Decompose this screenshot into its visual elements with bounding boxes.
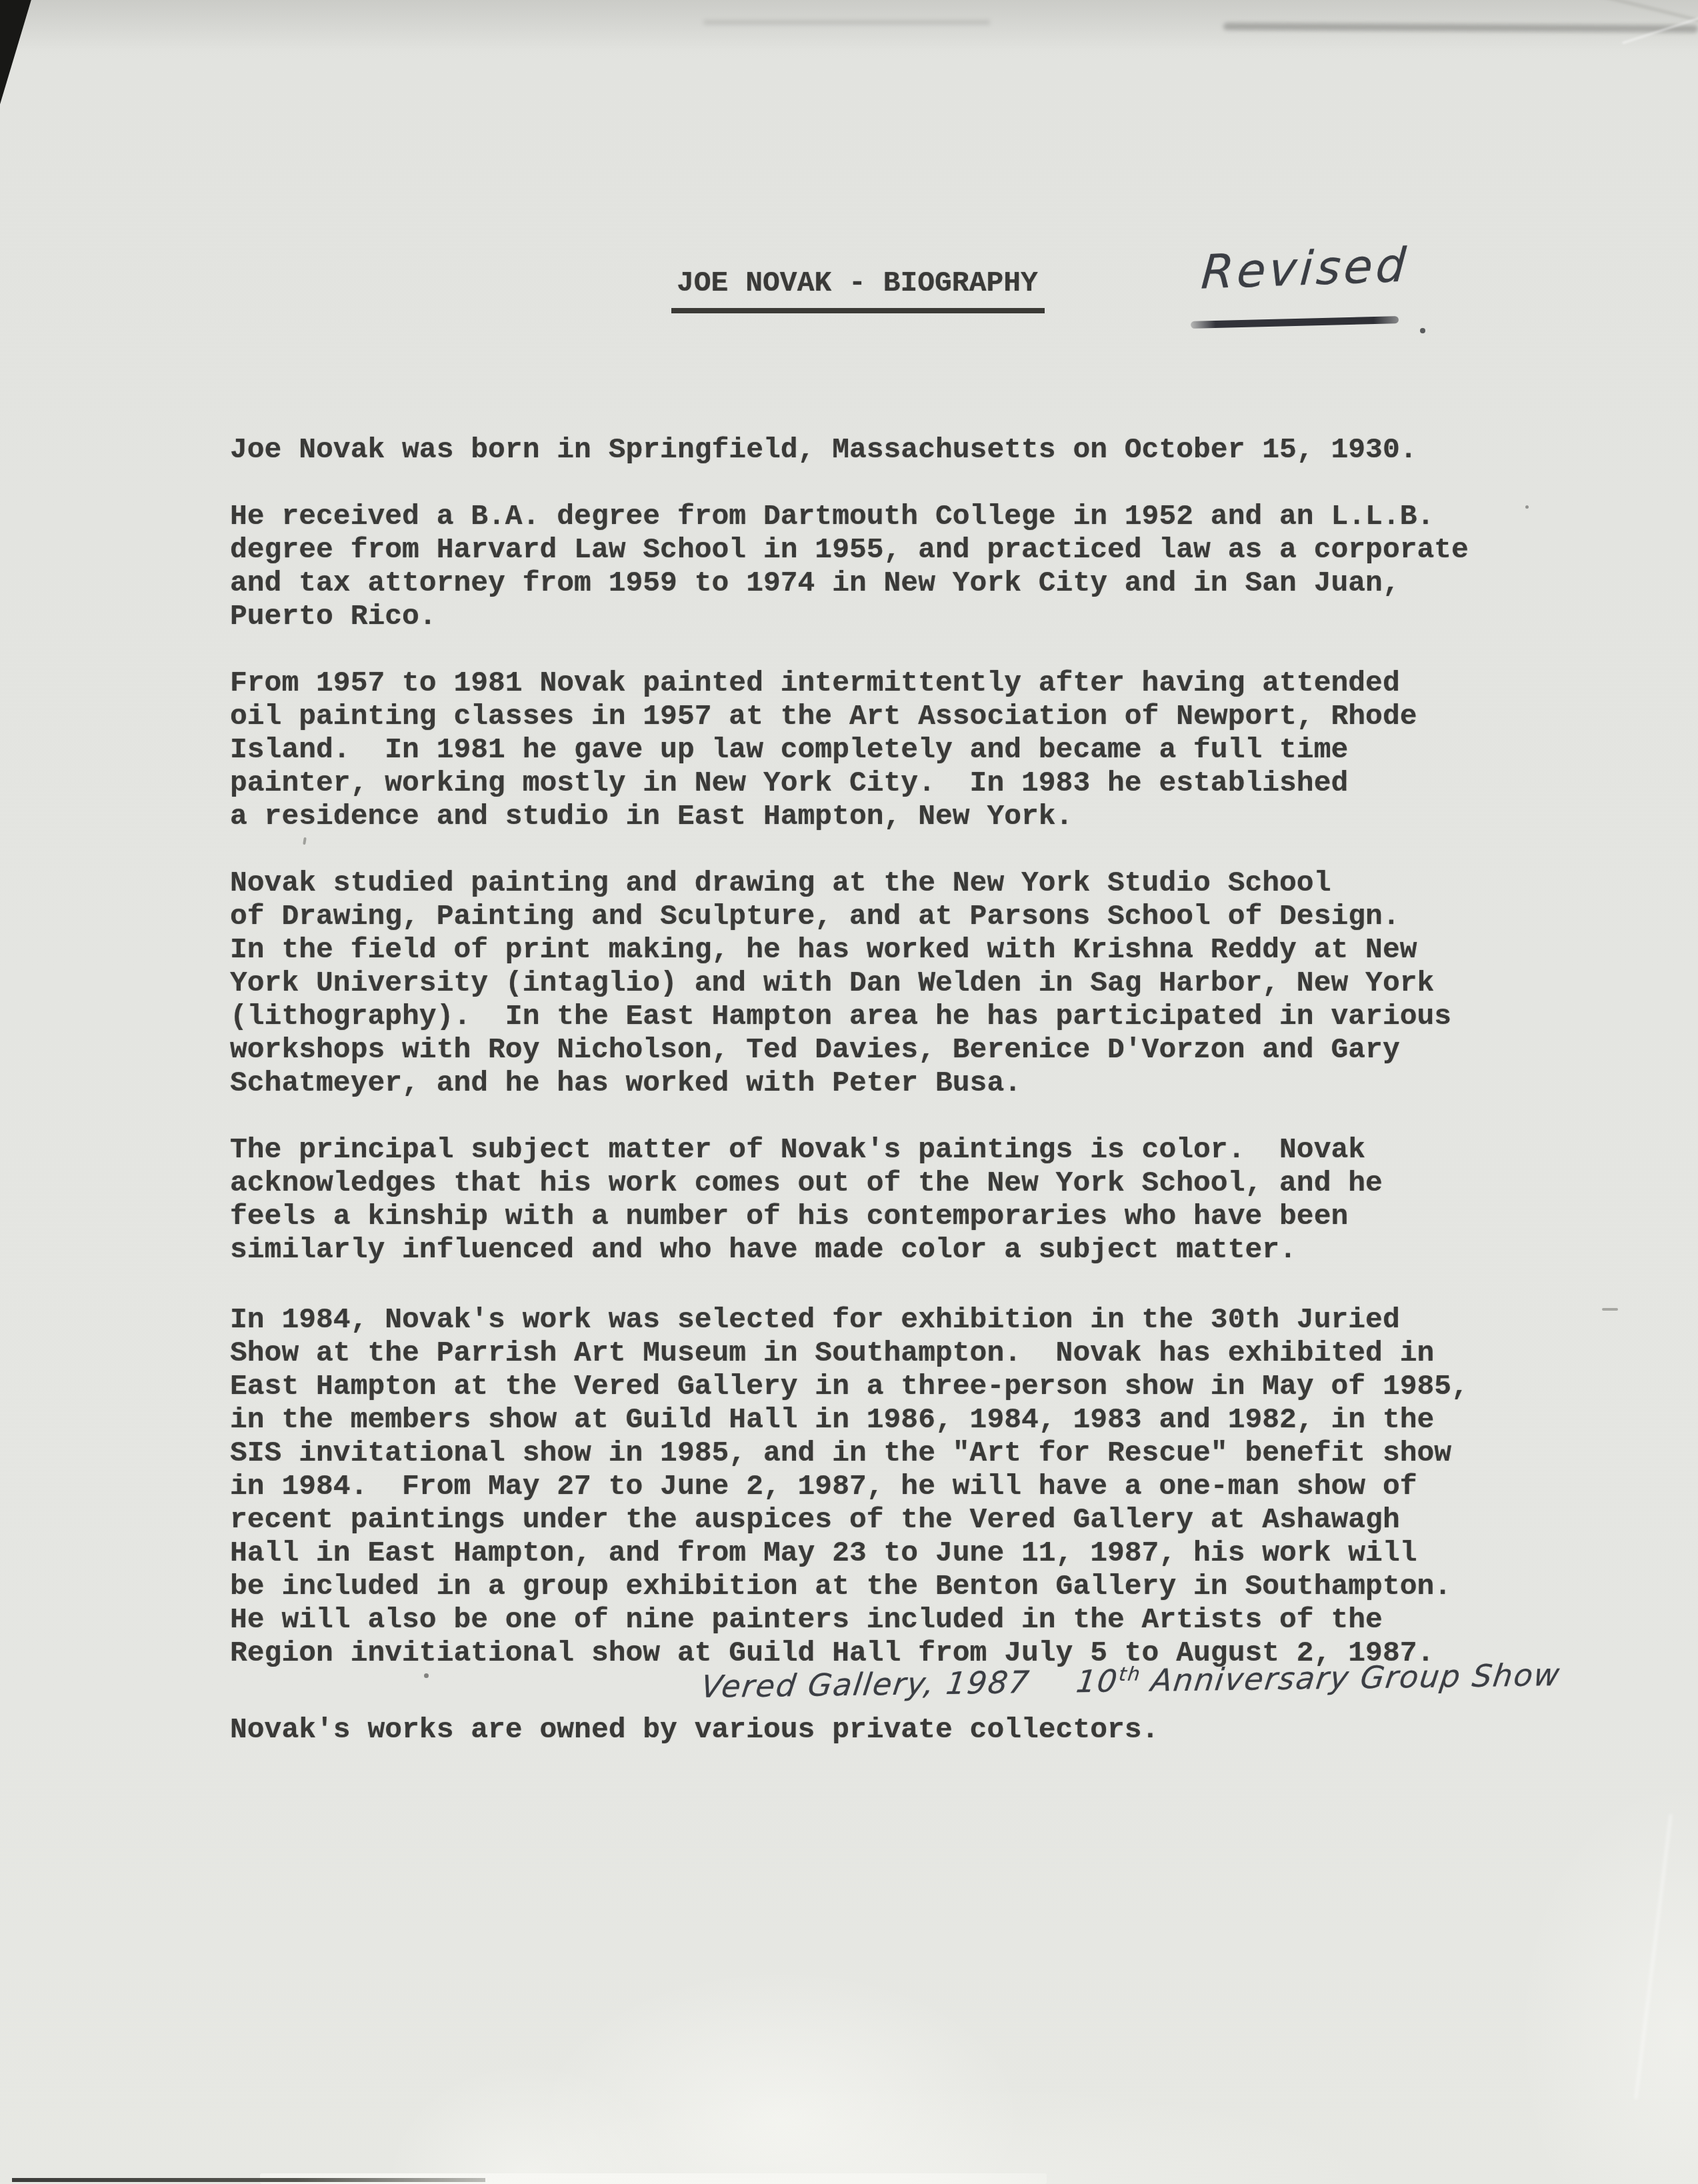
- paragraph-education: He received a B.A. degree from Dartmouth…: [230, 500, 1469, 633]
- ink-dot: [1420, 328, 1425, 333]
- paragraph-collectors: Novak's works are owned by various priva…: [230, 1713, 1159, 1747]
- scanned-document-page: JOE NOVAK - BIOGRAPHY Revised Joe Novak …: [0, 0, 1698, 2184]
- paragraph-painting-career: From 1957 to 1981 Novak painted intermit…: [230, 667, 1417, 833]
- paragraph-subject-matter: The principal subject matter of Novak's …: [230, 1133, 1383, 1267]
- right-edge-crease: [1635, 1814, 1672, 2099]
- revised-annotation: Revised: [1199, 237, 1411, 299]
- ink-speck: [1525, 505, 1529, 509]
- ink-dash-mark: [1602, 1308, 1618, 1311]
- pencil-smudge-faint: [703, 20, 990, 25]
- paragraph-studies: Novak studied painting and drawing at th…: [230, 867, 1451, 1100]
- paragraph-exhibitions: In 1984, Novak's work was selected for e…: [230, 1303, 1469, 1670]
- page-title: JOE NOVAK - BIOGRAPHY: [671, 267, 1045, 313]
- note-number: 10: [1074, 1663, 1120, 1699]
- note-gap: [1029, 1692, 1075, 1693]
- scan-bottom-line: [12, 2178, 485, 2182]
- note-gallery-year: Vered Gallery, 1987: [699, 1664, 1032, 1705]
- note-show-title: Anniversary Group Show: [1138, 1657, 1563, 1699]
- ink-speck: [303, 837, 307, 845]
- ink-speck: [424, 1673, 429, 1678]
- note-ordinal-suffix: th: [1117, 1663, 1142, 1685]
- paragraph-birth: Joe Novak was born in Springfield, Massa…: [230, 433, 1417, 467]
- revised-underline-stroke: [1191, 316, 1399, 329]
